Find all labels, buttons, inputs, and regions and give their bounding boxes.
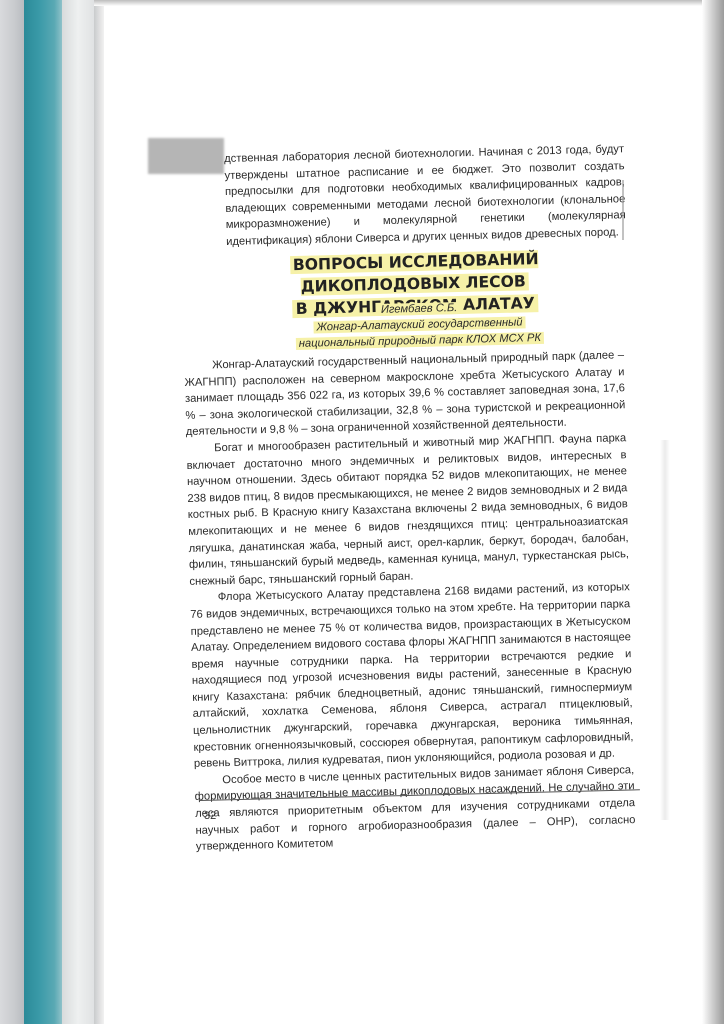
byline: Игембаев С.Б. Жонгар-Алатауский государс… (254, 297, 585, 353)
book-cover-edge (24, 0, 62, 1024)
paragraph-fauna: Богат и многообразен растительный и живо… (186, 430, 630, 590)
paragraph-park-overview: Жонгар-Алатауский государственный национ… (184, 347, 626, 441)
author-name: Игембаев С.Б. (378, 302, 461, 316)
paragraph-sievers-apple: Особое место в числе ценных растительных… (194, 762, 636, 856)
scanner-background (0, 0, 24, 1024)
margin-shadow (660, 440, 670, 820)
book-page-stack (62, 0, 94, 1024)
page-fold-shadow (94, 0, 104, 1024)
page-right-edge-shadow (702, 0, 724, 1024)
affiliation-line-2: национальный природный парк КЛОХ МСХ РК (296, 332, 544, 350)
margin-mark (622, 180, 624, 240)
paragraph-flora: Флора Жетысуского Алатау представлена 21… (190, 579, 634, 772)
intro-text: дственная лаборатория лесной биотехнолог… (184, 141, 626, 251)
document-page: дственная лаборатория лесной биотехнолог… (104, 0, 702, 1024)
article-body: Жонгар-Алатауский государственный национ… (184, 347, 636, 855)
page-number: 32 (204, 810, 216, 822)
title-line-1: ВОПРОСЫ ИССЛЕДОВАНИЙ ДИКОПЛОДОВЫХ ЛЕСОВ (290, 250, 539, 296)
intro-paragraph: дственная лаборатория лесной биотехнолог… (184, 141, 626, 251)
